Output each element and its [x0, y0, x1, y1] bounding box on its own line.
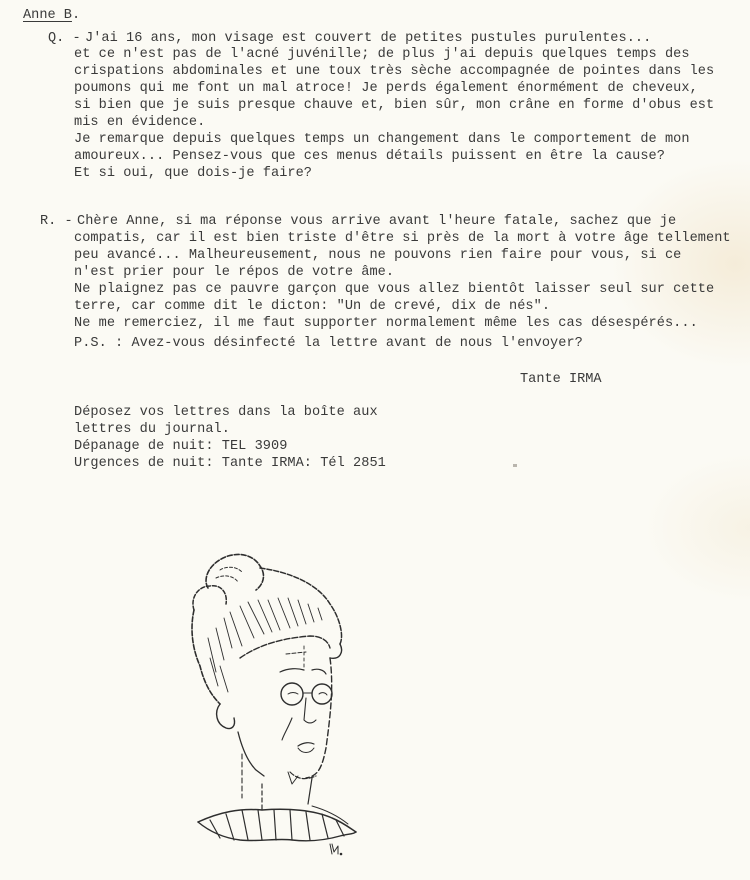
notice-line: Urgences de nuit: Tante IRMA: Tél 2851 [74, 455, 386, 472]
response-marker: R. - [40, 213, 73, 230]
response-line: n'est prier pour le répos de votre âme. [74, 264, 394, 281]
heading-period: . [72, 8, 80, 23]
contact-notice: Déposez vos lettres dans la boîte aux le… [74, 404, 386, 472]
response-line: Chère Anne, si ma réponse vous arrive av… [77, 213, 676, 230]
correspondent-name: Anne B [23, 8, 72, 23]
notice-line: lettres du journal. [74, 421, 386, 438]
question-line: si bien que je suis presque chauve et, b… [74, 97, 714, 114]
letter-heading: Anne B. [23, 7, 80, 24]
signature: Tante IRMA [520, 371, 602, 388]
notice-line: Déposez vos lettres dans la boîte aux [74, 404, 386, 421]
question-line: Et si oui, que dois-je faire? [74, 165, 312, 182]
question-marker: Q. - [48, 30, 81, 47]
question-line: crispations abdominales et une toux très… [74, 63, 714, 80]
response-line: terre, car comme dit le dicton: "Un de c… [74, 298, 550, 315]
document-page: Anne B. Q. - J'ai 16 ans, mon visage est… [0, 0, 750, 880]
question-line: amoureux... Pensez-vous que ces menus dé… [74, 148, 665, 165]
question-line: mis en évidence. [74, 114, 205, 131]
response-line: compatis, car il est bien triste d'être … [74, 230, 731, 247]
question-line: Je remarque depuis quelques temps un cha… [74, 131, 690, 148]
postscript: P.S. : Avez-vous désinfecté la lettre av… [74, 335, 583, 352]
response-line: Ne me remerciez, il me faut supporter no… [74, 315, 698, 332]
response-line: Ne plaignez pas ce pauvre garçon que vou… [74, 281, 714, 298]
question-line: poumons qui me font un mal atroce! Je pe… [74, 80, 698, 97]
question-line: J'ai 16 ans, mon visage est couvert de p… [85, 30, 651, 47]
paper-speck [513, 464, 517, 467]
question-line: et ce n'est pas de l'acné juvénille; de … [74, 46, 690, 63]
notice-line: Dépanage de nuit: TEL 3909 [74, 438, 386, 455]
portrait-sketch-icon [180, 548, 400, 858]
response-line: peu avancé... Malheureusement, nous ne p… [74, 247, 681, 264]
